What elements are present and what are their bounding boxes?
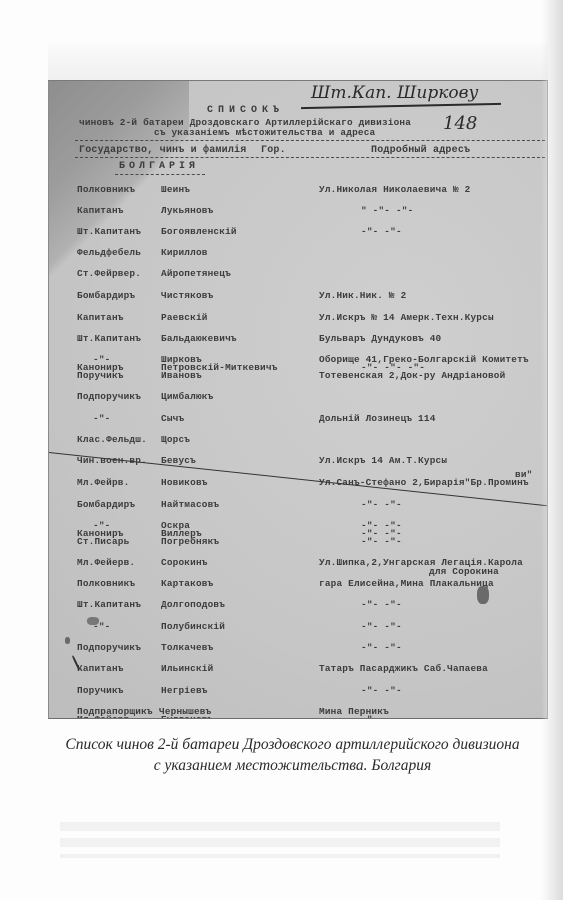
row-rank: Капитанъ <box>77 663 124 674</box>
row-rank: -"- <box>93 413 110 424</box>
row-rank: Шт.Капитанъ <box>77 599 141 610</box>
document-title: СПИСОКЪ <box>207 105 284 116</box>
page-shading-top <box>48 44 548 84</box>
row-address: гара Елисейна,Мина Плакальница <box>319 578 494 589</box>
row-rank: Ст.Фейрвер. <box>77 268 141 279</box>
row-name: Чистяковъ <box>161 290 213 301</box>
row-name: Погребнякъ <box>161 536 219 547</box>
row-rank: Мл.Фейерв. <box>77 714 135 719</box>
row-address: -"- -"- <box>361 226 402 237</box>
column-header-city: Гор. <box>261 145 286 156</box>
row-address: Ул.Искръ 14 Ам.Т.Курсы <box>319 455 447 466</box>
row-address-note: ви" <box>515 469 532 480</box>
row-address: Дольнiй Лозинецъ 114 <box>319 413 436 424</box>
row-address: Ул.Николая Николаевича № 2 <box>319 184 470 195</box>
row-name: Ильинскiй <box>161 663 213 674</box>
row-rank: Фельдфебель <box>77 247 141 258</box>
row-name: Шеинъ <box>161 184 190 195</box>
row-rank: Ст.Писарь <box>77 536 129 547</box>
row-name: Новиковъ <box>161 477 208 488</box>
column-header-country-rank-name: Государство, чинъ и фамилiя <box>79 145 246 156</box>
row-name: Цимбалюкъ <box>161 391 213 402</box>
row-rank: Подпоручикъ <box>77 642 141 653</box>
row-address: -"- -"- <box>361 685 402 696</box>
header-rule-bottom <box>75 157 545 158</box>
stain-mark <box>65 637 70 644</box>
row-name: Полубинскiй <box>161 621 225 632</box>
header-rule-top <box>75 140 545 141</box>
section-underline <box>115 174 205 175</box>
row-address: Бульваръ Дундуковъ 40 <box>319 333 441 344</box>
row-name: Щорсъ <box>161 434 190 445</box>
page-gutter-shadow <box>541 0 563 900</box>
row-address: -"- -"- <box>361 599 402 610</box>
row-name: Картаковъ <box>161 578 213 589</box>
row-address: -"- -"- <box>361 536 402 547</box>
row-name: Долгоподовъ <box>161 599 225 610</box>
row-name: Богоявленскiй <box>161 226 237 237</box>
row-rank: Клас.Фельдш. <box>77 434 147 445</box>
caption-line-1: Список чинов 2-й батареи Дроздовского ар… <box>40 734 545 755</box>
archival-document-scan: Шт.Кап. Ширкову 148 СПИСОКЪ чиновъ 2-й б… <box>48 80 548 719</box>
stain-mark <box>477 586 489 604</box>
stain-mark <box>87 617 99 625</box>
row-address: -"- -"- <box>361 642 402 653</box>
row-rank: Полковникъ <box>77 184 135 195</box>
row-name: Айропетянецъ <box>161 268 231 279</box>
handwritten-underline <box>301 103 501 109</box>
row-address: Ул.Санъ-Стефано 2,Бирарiя"Бр.Проминъ <box>319 477 529 488</box>
row-name: Кириллов <box>161 247 208 258</box>
row-name: Сычъ <box>161 413 184 424</box>
row-address: Тотевенская 2,Док-ру Андрiановой <box>319 370 505 381</box>
row-address: -"- -"- <box>361 499 402 510</box>
row-address: Татаръ Пасарджикъ Саб.Чапаева <box>319 663 488 674</box>
row-name: Раевскiй <box>161 312 208 323</box>
row-rank: Поручикъ <box>77 685 124 696</box>
row-name: Толкачевъ <box>161 642 213 653</box>
column-header-address: Подробный адресъ <box>371 145 470 156</box>
row-rank: Бомбардиръ <box>77 290 135 301</box>
row-rank: Мл.Фейерв. <box>77 557 135 568</box>
figure-caption: Список чинов 2-й батареи Дроздовского ар… <box>40 734 545 776</box>
row-name: Булгаковъ <box>161 714 213 719</box>
reverse-page-bleed-through <box>60 822 500 858</box>
handwritten-note: Шт.Кап. Ширкову <box>311 83 478 103</box>
row-rank: Капитанъ <box>77 312 124 323</box>
row-rank: Шт.Капитанъ <box>77 333 141 344</box>
row-address-note: для Сорокина <box>429 566 499 577</box>
row-name: Негрiевъ <box>161 685 208 696</box>
row-name: Найтмасовъ <box>161 499 219 510</box>
row-name: Ивановъ <box>161 370 202 381</box>
row-name: Сорокинъ <box>161 557 208 568</box>
row-address: Ул.Искръ № 14 Амерк.Техн.Курсы <box>319 312 494 323</box>
row-address: " -"- -"- <box>361 205 413 216</box>
row-address: Ул.Ник.Ник. № 2 <box>319 290 406 301</box>
row-rank: Шт.Капитанъ <box>77 226 141 237</box>
row-name: Лукьяновъ <box>161 205 213 216</box>
row-rank: Поручикъ <box>77 370 124 381</box>
row-address: -"- -"- <box>361 621 402 632</box>
archive-number: 148 <box>443 113 477 134</box>
row-name: Бальдаюкевичъ <box>161 333 237 344</box>
row-rank: Бомбардиръ <box>77 499 135 510</box>
row-rank: Капитанъ <box>77 205 124 216</box>
section-heading-bulgaria: БОЛГАРIЯ <box>119 161 199 172</box>
row-address: -"- <box>361 714 378 719</box>
row-rank: Подпоручикъ <box>77 391 141 402</box>
document-subtitle-line2: съ указанiемъ мѣстожительства и адреса <box>154 127 375 138</box>
row-rank: Мл.Фейрв. <box>77 477 129 488</box>
caption-line-2: с указанием местожительства. Болгария <box>40 755 545 776</box>
row-rank: Полковникъ <box>77 578 135 589</box>
